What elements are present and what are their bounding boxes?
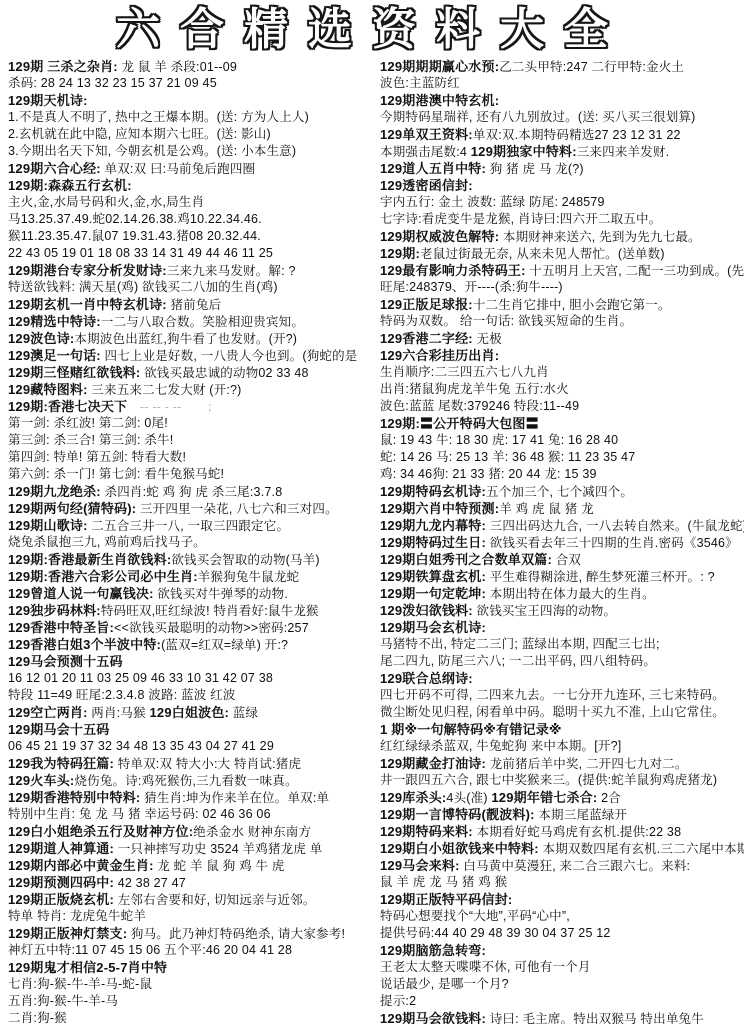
text-line: 129期港台专家分析发财诗:三来九来马发财。解: ? (8, 262, 372, 279)
text-line: 129期脑筋急转弯: (380, 942, 744, 959)
text-line: 129期内部必中黄金生肖: 龙 蛇 羊 鼠 狗 鸡 牛 虎 (8, 857, 372, 874)
text-line: 第三剑: 杀三合! 第三剑: 杀牛! (8, 432, 372, 449)
text-line: 井一跟四五六合, 跟七中奖猴来三。(提供:蛇羊鼠狗鸡虎猪龙) (380, 772, 744, 789)
text-line: 129期:老鼠过街最无奈, 从来未见人帮忙。(送单数) (380, 245, 744, 262)
text-line: 129期:森森五行玄机: (8, 177, 372, 194)
text-line: 129道人五肖中特: 狗 猪 虎 马 龙(?) (380, 160, 744, 177)
text-line: 129期一言博特码(靓波料): 本期三尾蓝绿开 (380, 806, 744, 823)
text-line: 129期两句经(猜特码): 三开四里一朵花, 八七六和三对四。 (8, 500, 372, 517)
text-line: 129马会预测十五码 (8, 653, 372, 670)
text-line: 特别中生肖: 兔 龙 马 猪 幸运号码: 02 46 36 06 (8, 806, 372, 823)
text-line: 129藏特图料: 三来五来二七发大财 (开:?) (8, 381, 372, 398)
text-line: 1.不是真人不明了, 热中之王爆本期。(送: 方为人上人) (8, 109, 372, 126)
text-line: 129泼妇欲钱料: 欲钱买宝王四海的动物。 (380, 602, 744, 619)
text-line: 129曾道人说一句赢钱决: 欲钱买对牛弹琴的动物. (8, 585, 372, 602)
text-line: 马13.25.37.49.蛇02.14.26.38.鸡10.22.34.46. (8, 211, 372, 228)
text-line: 22 43 05 19 01 18 08 33 14 31 49 44 46 1… (8, 245, 372, 262)
text-line: 红红绿绿杀蓝双, 牛兔蛇狗 来中本期。[开?] (380, 738, 744, 755)
text-line: 129火车头:烧伤兔。诗:鸡死猴伤,三九看数一味真。 (8, 772, 372, 789)
column-left: 129期 三杀之杂肖: 龙 鼠 羊 杀段:01--09杀码: 28 24 13 … (8, 58, 372, 1024)
text-line: 129香港二字经: 无极 (380, 330, 744, 347)
text-line: 今期特码星瑞祥, 还有八九别放过。(送: 买八买三很划算) (380, 109, 744, 126)
text-line: 129期白姐秀刊之合数单双篇: 合双 (380, 551, 744, 568)
text-line: 129联合总纲诗: (380, 670, 744, 687)
text-line: 129期玄机一肖中特玄机诗: 猪前兔后 (8, 296, 372, 313)
text-line: 马猪特不出, 特定二三门; 蓝绿出本期, 四配三七出; (380, 636, 744, 653)
text-line: 蛇: 14 26 马: 25 13 羊: 36 48 猴: 11 23 35 4… (380, 449, 744, 466)
text-line: 五肖:狗-猴-牛-羊-马 (8, 993, 372, 1010)
text-line: 主火,金,水局号码和火,金,水,局生肖 (8, 194, 372, 211)
text-line: 129期香港特别中特料: 猜生肖:坤为作来羊在位。单双:单 (8, 789, 372, 806)
text-line: 波色:主蓝防红 (380, 75, 744, 92)
text-line: 129期预测四码中: 42 38 27 47 (8, 874, 372, 891)
text-line: 二肖:狗-猴 (8, 1010, 372, 1024)
text-line: 129我为特码狂篇: 特单双:双 特大小:大 特肖试:猪虎 (8, 755, 372, 772)
text-line: 1 期※一句解特码※有错记录※ (380, 721, 744, 738)
text-line: 129最有影响力杀特码王: 十五明月上天宫, 二配一三功到成。(先) (380, 262, 744, 279)
text-line: 129白小姐绝杀五行及财神方位:绝杀金水 财神东南方 (8, 823, 372, 840)
text-line: 特码为双数。 给一句话: 欲钱买短命的生肖。 (380, 313, 744, 330)
text-line: 129期天机诗: (8, 92, 372, 109)
text-line: 129期:香港七决天下 ‐‐ ‐‐ ‐ ‐‐ ； (8, 398, 372, 415)
text-line: 尾二四九, 防尾三六八; 一二出平码, 四八组特码。 (380, 653, 744, 670)
text-line: 2.玄机就在此中隐, 应知本期六七旺。(送: 影山) (8, 126, 372, 143)
text-line: 鼠 羊 虎 龙 马 猪 鸡 猴 (380, 874, 744, 891)
text-line: 鸡: 34 46狗: 21 33 猪: 20 44 龙: 15 39 (380, 466, 744, 483)
text-line: 129期港澳中特玄机: (380, 92, 744, 109)
text-line: 129期权威波色解特: 本期财神来送六, 先到为先九七最。 (380, 228, 744, 245)
text-line: 特单 特肖: 龙虎兔牛蛇羊 (8, 908, 372, 925)
text-line: 129期特码来料: 本期看好蛇马鸡虎有玄机.提供:22 38 (380, 823, 744, 840)
text-line: 16 12 01 20 11 03 25 09 46 33 10 31 42 0… (8, 670, 372, 687)
text-line: 129正版足球报:十二生肖它排中, 胆小会跑它第一。 (380, 296, 744, 313)
text-line: 129期一句定乾坤: 本期出特在体力最大的生肖。 (380, 585, 744, 602)
text-line: 129波色诗:本期波色出蓝红,狗牛看了也发财。(开?) (8, 330, 372, 347)
content-columns: 129期 三杀之杂肖: 龙 鼠 羊 杀段:01--09杀码: 28 24 13 … (0, 56, 744, 1024)
text-line: 第一剑: 杀红波! 第二剑: 0尾! (8, 415, 372, 432)
text-line: 129独步码林料:特码旺双,旺红绿波! 特肖看好:鼠牛龙猴 (8, 602, 372, 619)
text-line: 129香港中特圣旨:<<欲钱买最聪明的动物>>密码:257 (8, 619, 372, 636)
text-line: 3.今期出名天下知, 今朝玄机是公鸡。(送: 小本生意) (8, 143, 372, 160)
text-line: 出肖:猪鼠狗虎龙羊牛兔 五行:水火 (380, 381, 744, 398)
text-line: 129期六肖中特预测:羊 鸡 虎 鼠 猪 龙 (380, 500, 744, 517)
page-title: 六合精选资料大全 (0, 4, 744, 56)
text-line: 129期鬼才相信2-5-7肖中特 (8, 959, 372, 976)
text-line: 129期正版烧玄机: 左邻右舍要和好, 切知远亲与近邻。 (8, 891, 372, 908)
text-line: 129透密函信封: (380, 177, 744, 194)
text-line: 129期特码玄机诗:五个加三个, 七个减四个。 (380, 483, 744, 500)
text-line: 129精选中特诗:一二与八取合数。笑脸相迎贵宾知。 (8, 313, 372, 330)
text-line: 提供号码:44 40 29 48 39 30 04 37 25 12 (380, 925, 744, 942)
text-line: 神灯五中特:11 07 45 15 06 五个平:46 20 04 41 28 (8, 942, 372, 959)
text-line: 王老太太整天喋喋不休, 可他有一个月 (380, 959, 744, 976)
text-line: 特段 11=49 旺尾:2.3.4.8 波路: 蓝波 红波 (8, 687, 372, 704)
text-line: 129期:〓公开特码大包图〓 (380, 415, 744, 432)
text-line: 宇内五行: 金土 波数: 蓝绿 防尾: 248579 (380, 194, 744, 211)
text-line: 129期 三杀之杂肖: 龙 鼠 羊 杀段:01--09 (8, 58, 372, 75)
text-line: 129期期期赢心水预:乙二头甲特:247 二行甲特:金火土 (380, 58, 744, 75)
text-line: 129期:香港最新生肖欲钱料:欲钱买会智取的动物(马羊) (8, 551, 372, 568)
text-line: 杀码: 28 24 13 32 23 15 37 21 09 45 (8, 75, 372, 92)
text-line: 129期马会十五码 (8, 721, 372, 738)
text-line: 第六剑: 杀一门! 第七剑: 看牛兔猴马蛇! (8, 466, 372, 483)
text-line: 129香港白姐3个半波中特:(蓝双=红双=绿单) 开:? (8, 636, 372, 653)
text-line: 129马会来料: 白马黄中莫漫狂, 来二合三跟六七。来料: (380, 857, 744, 874)
text-line: 微尘断处见归程, 闲看单中码。聪明十买九不准, 上山它常住。 (380, 704, 744, 721)
text-line: 129期九龙内幕特: 三四出码达九合, 一八去转自然来。(牛鼠龙蛇) (380, 517, 744, 534)
text-line: 129期正版特平码信封: (380, 891, 744, 908)
text-line: 129期道人神算通: 一只神摔写功史 3524 羊鸡猪龙虎 单 (8, 840, 372, 857)
text-line: 烧兔杀鼠抱三九, 鸡前鸡后找马子。 (8, 534, 372, 551)
text-line: 129期马会玄机诗: (380, 619, 744, 636)
text-line: 旺尾:248379、开----(杀:狗牛----) (380, 279, 744, 296)
text-line: 129期:香港六合彩公司必中生肖:羊猴狗兔牛鼠龙蛇 (8, 568, 372, 585)
text-line: 提示:2 (380, 993, 744, 1010)
text-line: 06 45 21 19 37 32 34 48 13 35 43 04 27 4… (8, 738, 372, 755)
text-line: 129期六合心经: 单双:双 曰:马前兔后跑四圈 (8, 160, 372, 177)
column-right: 129期期期赢心水预:乙二头甲特:247 二行甲特:金火土波色:主蓝防红129期… (380, 58, 744, 1024)
text-line: 鼠: 19 43 牛: 18 30 虎: 17 41 兔: 16 28 40 (380, 432, 744, 449)
text-line: 七肖:狗-猴-牛-羊-马-蛇-鼠 (8, 976, 372, 993)
text-line: 特码心想要找个“大地”,平码“心中”, (380, 908, 744, 925)
text-line: 129期藏金打油诗: 龙前猪后羊中奖, 二开四七九对二。 (380, 755, 744, 772)
text-line: 生肖顺序:二三四五六七八九肖 (380, 364, 744, 381)
text-line: 说话最少, 是哪一个月? (380, 976, 744, 993)
text-line: 129期三怪赌红欲钱料: 欲钱买最忠诚的动物02 33 48 (8, 364, 372, 381)
text-line: 第四剑: 特单! 第五剑: 特看大数! (8, 449, 372, 466)
text-line: 七字诗:看虎变牛是龙猴, 肖诗曰:四六开二取五中。 (380, 211, 744, 228)
text-line: 129单双王资料:单双:双.本期特码精选27 23 12 31 22 (380, 126, 744, 143)
text-line: 特送欲钱料: 满天星(鸡) 欲钱买二八加的生肖(鸡) (8, 279, 372, 296)
text-line: 波色:蓝蓝 尾数:379246 特段:11--49 (380, 398, 744, 415)
text-line: 129期铁算盘玄机: 平生难得糊涂进, 醉生梦死灌三杯开。: ? (380, 568, 744, 585)
text-line: 129空亡两肖: 两肖:马猴 129白姐波色: 蓝绿 (8, 704, 372, 721)
text-line: 129期山歌诗: 二五合三井一八, 一取三四跟定它。 (8, 517, 372, 534)
text-line: 129六合彩挂历出肖: (380, 347, 744, 364)
lottery-tip-sheet: 六合精选资料大全 129期 三杀之杂肖: 龙 鼠 羊 杀段:01--09杀码: … (0, 4, 744, 1024)
text-line: 129期白小姐欲钱来中特料: 本期双数四尾有玄机.三二六尾中本期 (380, 840, 744, 857)
text-line: 129库杀头:4头(准) 129期年错七杀合: 2合 (380, 789, 744, 806)
text-line: 129澳足一句话: 四七上业是好数, 一八贵人今也到。(狗蛇的是 (8, 347, 372, 364)
text-line: 本期强击尾数:4 129期独家中特料:三来四来羊发财. (380, 143, 744, 160)
text-line: 四七开码不可得, 二四来九去。一七分开九连环, 三七来特码。 (380, 687, 744, 704)
text-line: 129期九龙绝杀: 杀四肖:蛇 鸡 狗 虎 杀三尾:3.7.8 (8, 483, 372, 500)
text-line: 129期正版神灯禁支: 狗马。此乃神灯特码绝杀, 请大家参考! (8, 925, 372, 942)
text-line: 129期马会欲钱料: 诗曰: 毛主席。特出双猴马 特出单兔牛 (380, 1010, 744, 1024)
text-line: 猴11.23.35.47.鼠07 19.31.43.猪08 20.32.44. (8, 228, 372, 245)
text-line: 129期特码过生日: 欲钱买看去年三十四期的生肖.密码《3546》 (380, 534, 744, 551)
